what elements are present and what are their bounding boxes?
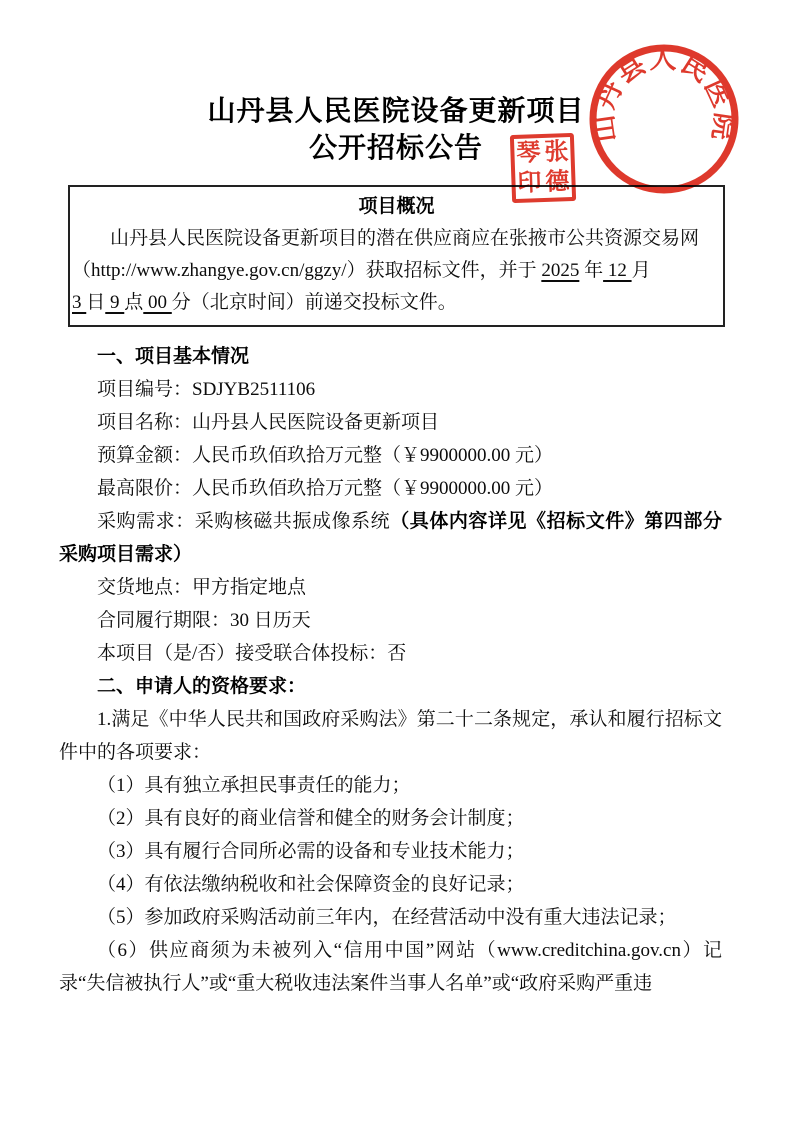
overview-line2-year-unit: 年 — [579, 260, 603, 281]
procurement-demand: 采购需求：采购核磁共振成像系统（具体内容详见《招标文件》第四部分 采购项目需求） — [59, 505, 722, 571]
project-number: 项目编号：SDJYB2511106 — [59, 373, 722, 406]
name-seal-char-br: 德 — [545, 170, 570, 195]
qualification-intro: 1.满足《中华人民共和国政府采购法》第二十二条规定，承认和履行招标文件中的各项要… — [59, 703, 722, 769]
qualification-item-3: （3）具有履行合同所必需的设备和专业技术能力； — [59, 835, 722, 868]
qualification-item-5: （5）参加政府采购活动前三年内，在经营活动中没有重大违法记录； — [59, 901, 722, 934]
bid-deadline-day: 3 — [72, 292, 86, 313]
overview-line2-month-unit: 月 — [632, 260, 651, 281]
project-name: 项目名称：山丹县人民医院设备更新项目 — [59, 406, 722, 439]
title-line-1: 山丹县人民医院设备更新项目 — [68, 92, 724, 129]
overview-line3-day-unit: 日 — [86, 292, 105, 313]
max-price: 最高限价：人民币玖佰玖拾万元整（￥9900000.00 元） — [59, 472, 722, 505]
qualification-item-2: （2）具有良好的商业信誉和健全的财务会计制度； — [59, 802, 722, 835]
bid-deadline-minute: 00 — [143, 292, 172, 313]
name-seal-char-tl: 琴 — [516, 141, 541, 166]
qualification-item-6: （6）供应商须为未被列入“信用中国”网站（www.creditchina.gov… — [59, 934, 722, 1000]
overview-line3-tail: 分（北京时间）前递交投标文件。 — [172, 292, 457, 313]
overview-heading: 项目概况 — [72, 191, 721, 223]
overview-line2-text: （http://www.zhangye.gov.cn/ggzy/）获取招标文件，… — [72, 260, 541, 281]
project-overview-box: 项目概况 山丹县人民医院设备更新项目的潜在供应商应在张掖市公共资源交易网 （ht… — [68, 185, 725, 327]
budget-amount: 预算金额：人民币玖佰玖拾万元整（￥9900000.00 元） — [59, 439, 722, 472]
overview-line-3: 3 日 9 点 00 分（北京时间）前递交投标文件。 — [72, 287, 721, 319]
overview-line-1: 山丹县人民医院设备更新项目的潜在供应商应在张掖市公共资源交易网 — [72, 223, 721, 255]
procurement-demand-text: 采购需求：采购核磁共振成像系统 — [97, 511, 390, 532]
bid-deadline-month: 12 — [603, 260, 632, 281]
bid-deadline-year: 2025 — [541, 260, 579, 281]
announcement-body: 一、项目基本情况 项目编号：SDJYB2511106 项目名称：山丹县人民医院设… — [59, 340, 722, 1000]
delivery-place: 交货地点：甲方指定地点 — [59, 571, 722, 604]
contract-duration: 合同履行期限：30 日历天 — [59, 604, 722, 637]
qualification-item-1: （1）具有独立承担民事责任的能力； — [59, 769, 722, 802]
personal-name-seal: 琴 张 印 德 — [510, 133, 576, 203]
overview-line-2: （http://www.zhangye.gov.cn/ggzy/）获取招标文件，… — [72, 255, 721, 287]
section-1-heading: 一、项目基本情况 — [59, 340, 722, 373]
consortium-bid: 本项目（是/否）接受联合体投标：否 — [59, 637, 722, 670]
bid-deadline-hour: 9 — [105, 292, 124, 313]
document-title: 山丹县人民医院设备更新项目 公开招标公告 — [68, 92, 724, 166]
name-seal-char-tr: 张 — [544, 140, 569, 165]
title-line-2: 公开招标公告 — [68, 129, 724, 166]
section-2-heading: 二、申请人的资格要求： — [59, 670, 722, 703]
qualification-item-4: （4）有依法缴纳税收和社会保障资金的良好记录； — [59, 868, 722, 901]
overview-line3-hour-unit: 点 — [124, 292, 143, 313]
name-seal-char-bl: 印 — [517, 171, 542, 196]
document-page: 山丹县人民医院设备更新项目 公开招标公告 项目概况 山丹县人民医院设备更新项目的… — [0, 0, 793, 1122]
